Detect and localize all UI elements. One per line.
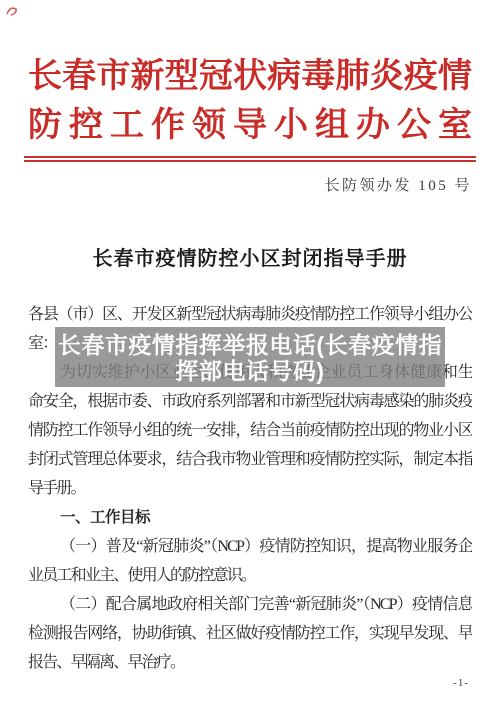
text-line: （一）普及“新冠肺炎”（NCP）疫情防控知识，提高物业服务企: [28, 532, 472, 561]
text-line: 一、工作目标: [28, 503, 472, 532]
text-line: 业员工和业主、使用人的防控意识。: [28, 561, 472, 590]
page-number: -1-: [453, 677, 469, 689]
corner-mark-icon: [5, 4, 19, 18]
document-title: 长春市疫情防控小区封闭指导手册: [0, 242, 500, 271]
text-line: 报告、早隔离、早治疗。: [28, 648, 472, 677]
letterhead-double-rule: [24, 156, 476, 162]
text-line: 检测报告网络，协助街镇、社区做好疫情防控工作，实现早发现、早: [28, 619, 472, 648]
letterhead-org-line1: 长春市新型冠状病毒肺炎疫情: [28, 52, 472, 102]
text-line: 导手册。: [28, 474, 472, 503]
text-line: 情防控工作领导小组的统一安排，结合当前疫情防控出现的物业小区: [28, 416, 472, 445]
letterhead-org-line2: 防控工作领导小组办公室: [28, 102, 472, 150]
document-reference-number: 长防领办发 105 号: [324, 174, 472, 195]
text-line: 各县（市）区、开发区新型冠状病毒肺炎疫情防控工作领导小组办公: [28, 300, 472, 329]
watermark-text-line1: 长春市疫情指挥举报电话(长春疫情指: [55, 332, 445, 359]
document-page: 长春市新型冠状病毒肺炎疫情 防控工作领导小组办公室 长防领办发 105 号 长春…: [0, 0, 500, 709]
watermark-overlay: 长春市疫情指挥举报电话(长春疫情指 挥部电话号码): [55, 327, 445, 387]
text-line: 封闭式管理总体要求，结合我市物业管理和疫情防控实际，制定本指: [28, 445, 472, 474]
text-line: （二）配合属地政府相关部门完善“新冠肺炎”（NCP）疫情信息: [28, 590, 472, 619]
text-line: 命安全，根据市委、市政府系列部署和市新型冠状病毒感染的肺炎疫: [28, 387, 472, 416]
watermark-text-line2: 挥部电话号码): [55, 359, 445, 384]
